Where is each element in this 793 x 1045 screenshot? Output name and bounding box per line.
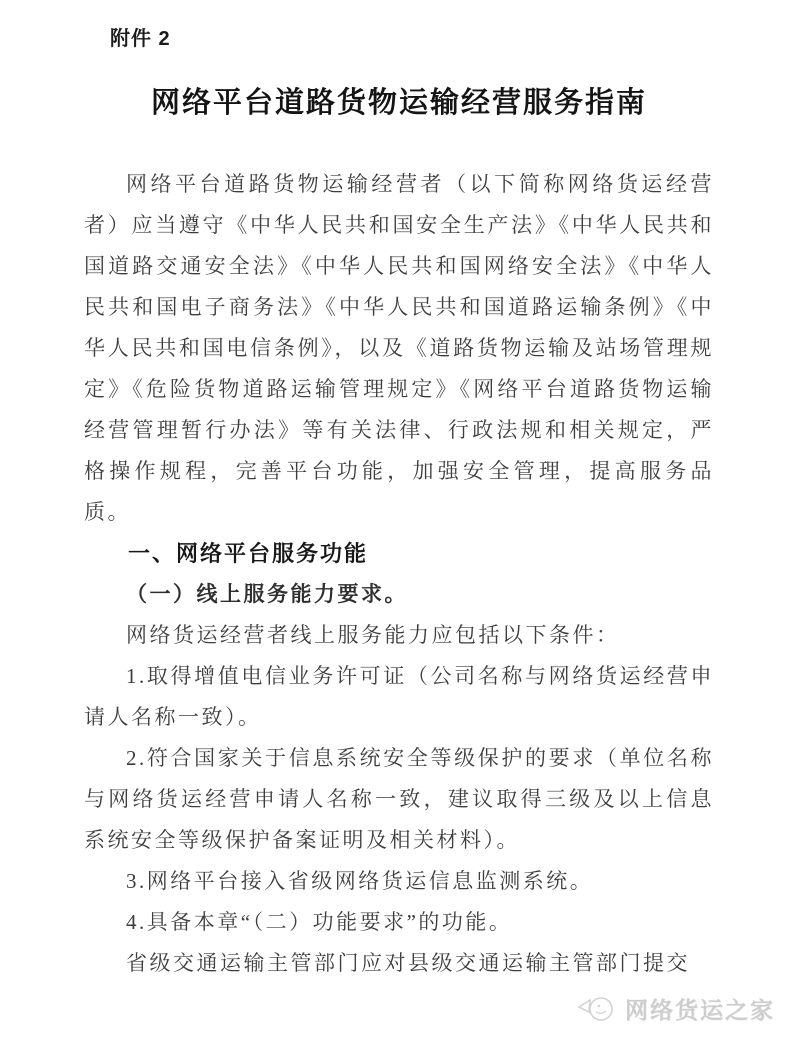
list-item-1: 1.取得增值电信业务许可证（公司名称与网络货运经营申请人名称一致）。 [84, 656, 714, 738]
document-title: 网络平台道路货物运输经营服务指南 [84, 84, 714, 122]
paragraph-conditions-intro: 网络货运经营者线上服务能力应包括以下条件： [84, 615, 714, 656]
document-body: 网络平台道路货物运输经营者（以下简称网络货运经营者）应当遵守《中华人民共和国安全… [84, 164, 714, 984]
section-heading-1: 一、网络平台服务功能 [84, 533, 714, 574]
document-content: 附件 2 网络平台道路货物运输经营服务指南 网络平台道路货物运输经营者（以下简称… [84, 24, 714, 984]
list-item-4: 4.具备本章“（二）功能要求”的功能。 [84, 902, 714, 943]
attachment-label: 附件 2 [110, 24, 714, 54]
document-page: 附件 2 网络平台道路货物运输经营服务指南 网络平台道路货物运输经营者（以下简称… [0, 0, 793, 1045]
freight-home-logo-icon [577, 994, 617, 1024]
list-item-3: 3.网络平台接入省级网络货运信息监测系统。 [84, 861, 714, 902]
paragraph-intro: 网络平台道路货物运输经营者（以下简称网络货运经营者）应当遵守《中华人民共和国安全… [84, 164, 714, 533]
watermark-text: 网络货运之家 [625, 992, 775, 1025]
watermark: 网络货运之家 [577, 992, 775, 1025]
list-item-2: 2.符合国家关于信息系统安全等级保护的要求（单位名称与网络货运经营申请人名称一致… [84, 738, 714, 861]
subsection-heading-1-1: （一）线上服务能力要求。 [84, 574, 714, 615]
paragraph-closing: 省级交通运输主管部门应对县级交通运输主管部门提交 [84, 943, 714, 984]
